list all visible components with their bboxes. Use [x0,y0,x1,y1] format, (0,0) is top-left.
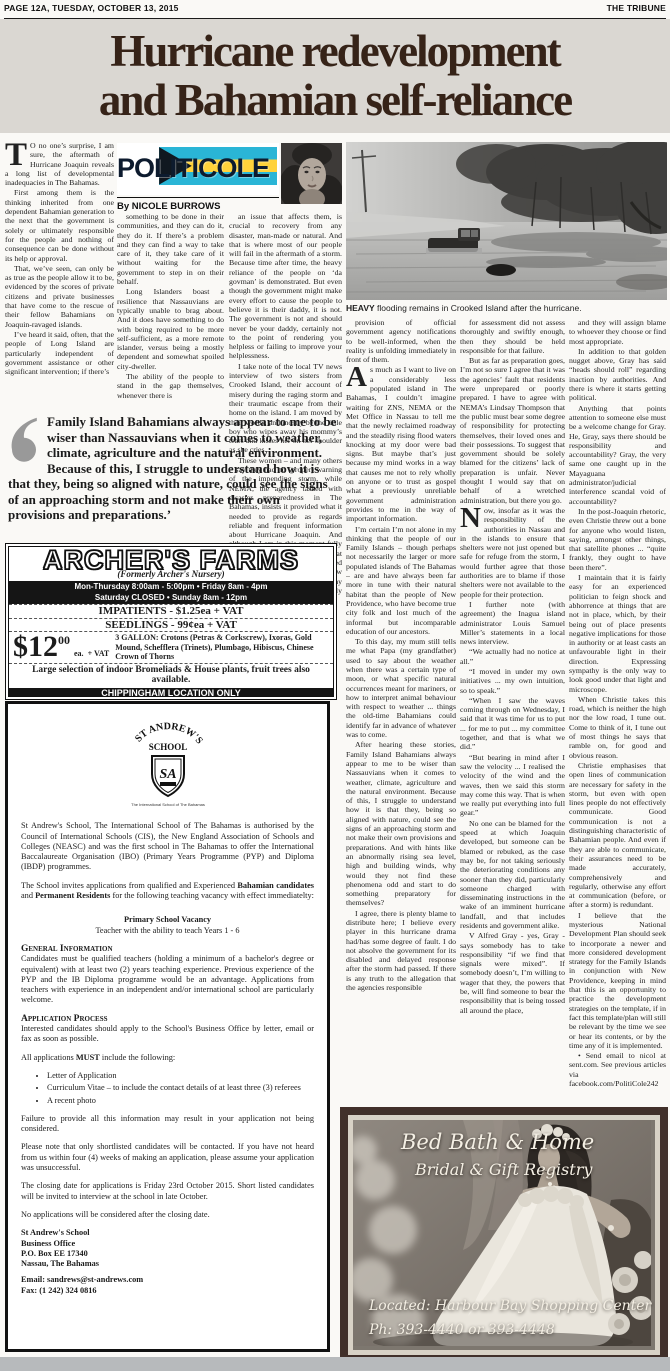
paragraph: St Andrew's School [21,1228,314,1238]
article-column-5: for assessment did not assess thoroughly… [460,318,565,1104]
paragraph: I’m certain I’m not alone in my thinking… [346,525,456,637]
archers-farms-ad: ARCHER'S FARMS (Formerly Archer's Nurser… [5,543,337,700]
list-item: Letter of Application [47,1071,314,1081]
paragraph: I believe that the mysterious National D… [569,911,666,1050]
paragraph: I agree, there is plenty blame to distri… [346,909,456,993]
article-column-6: and they will assign blame to whoever th… [569,318,666,1104]
author-headshot-photo [281,143,342,204]
bridal-ad-photo: Bed Bath & Home Bridal & Gift Registry L… [353,1120,655,1350]
paragraph: No one can be blamed for the speed at wh… [460,819,565,931]
article-column-1: TO no one’s surprise, I am sure, the aft… [5,141,114,411]
crest-subtext: The International School of The Bahamas [131,802,205,807]
article-column-4: provision of official government agency … [346,318,456,1104]
paragraph: Long Islanders boast a resilience that N… [117,287,224,371]
gallon-description: 3 GALLON: Crotons (Petras & Corkscrew), … [109,633,329,662]
hours-line-1: Mon-Thursday 8:00am - 5:00pm • Friday 8a… [9,582,333,593]
school-intro: St Andrew's School, The International Sc… [21,821,314,872]
headline-line-2: and Bahamian self-reliance [0,76,670,125]
price-dollars: $12 [13,630,58,663]
headline-line-1: Hurricane redevelopment [0,27,670,76]
general-information-text: Candidates must be qualified teachers (h… [21,954,314,1005]
paragraph: Nassau, The Bahamas [21,1259,314,1269]
paragraph: P.O. Box EE 17340 [21,1249,314,1259]
ad-phone: Ph: 325-1769/323-5904 [9,699,333,701]
application-process-heading: Application Process [21,1014,314,1024]
ad-hours: Mon-Thursday 8:00am - 5:00pm • Friday 8a… [9,581,333,604]
paragraph: an issue that affects them, is crucial t… [229,212,342,361]
crest-school-text: SCHOOL [148,742,187,752]
application-requirements-list: Letter of ApplicationCurriculum Vitae – … [21,1071,314,1106]
caption-text: flooding remains in Crooked Island after… [375,303,582,313]
paragraph: In addition to that golden nugget above,… [569,347,666,403]
photo-caption: HEAVY flooding remains in Crooked Island… [346,303,667,313]
paragraph: As much as I want to live on a considera… [346,365,456,523]
paragraph: for assessment did not assess thoroughly… [460,318,565,355]
invite-mid: and [21,891,35,900]
list-item: A recent photo [47,1096,314,1106]
paragraph: Anything that points attention to someon… [569,404,666,506]
publication-name: THE TRIBUNE [607,3,666,18]
closing-date-note: The closing date for applications is Fri… [21,1181,314,1202]
paragraph: Christie emphasises that open lines of c… [569,761,666,910]
author-portrait-graphic [281,143,342,204]
paragraph: I maintain that it is fairly easy for an… [569,573,666,694]
article-headline: Hurricane redevelopment and Bahamian sel… [0,19,670,133]
ad-title-line-1: Bed Bath & Home [401,1130,594,1154]
paragraph: “When I saw the waves coming through on … [460,696,565,752]
general-information-heading: General Information [21,944,314,954]
failure-note: Failure to provide all this information … [21,1114,314,1135]
column-title: POLITICOLE [117,145,279,191]
ad-selection-text: Large selection of indoor Bromeliads & H… [9,663,333,688]
paragraph: “I moved in under my own initiatives ...… [460,667,565,695]
paragraph: When Christie takes this road, which is … [569,695,666,760]
school-address: St Andrew's SchoolBusiness OfficeP.O. Bo… [21,1228,314,1269]
must-post: include the following: [100,1053,175,1062]
paragraph: “But bearing in mind after I saw the vel… [460,753,565,818]
quote-mark-icon [8,416,40,466]
article-column-2: something to be done in their communitie… [117,212,224,411]
paragraph: That, we’ve seen, can only be as true as… [5,264,114,329]
paragraph: provision of official government agency … [346,318,456,364]
price-each: ea. [74,649,84,658]
paragraph: Now, insofar as it was the responsibilit… [460,506,565,599]
paragraph: After hearing these stories, Family Isla… [346,740,456,907]
page-date: PAGE 12A, TUESDAY, OCTOBER 13, 2015 [4,3,179,18]
application-process-text: Interested candidates should apply to th… [21,1024,314,1045]
paragraph: something to be done in their communitie… [117,212,224,286]
school-contact: Email: sandrews@st-andrews.comFax: (1 24… [21,1275,314,1296]
paragraph: and they will assign blame to whoever th… [569,318,666,346]
must-include-line: All applications MUST include the follow… [21,1053,314,1063]
pull-quote-text: Family Island Bahamians always appear to… [8,414,336,522]
paragraph: • Send email to nicol at sent.com. See p… [569,1051,666,1088]
must-bold: MUST [76,1053,100,1062]
ad-phone: Ph: 393-4440 or 393-4448 [369,1322,555,1338]
price-vat: + VAT [88,649,110,658]
caption-lead: HEAVY [346,303,375,313]
ad-item-seedlings: SEEDLINGS - 99¢ea + VAT [9,618,333,632]
paragraph: To this day, my mum still tells me what … [346,637,456,739]
school-crest: ST ANDREW'S SCHOOL SA The International … [21,710,314,815]
school-invite: The School invites applications from qua… [21,881,314,902]
crest-monogram: SA [159,767,176,782]
price-cents: 00 [58,633,70,647]
invite-bold-1: Bahamian candidates [237,881,314,890]
byline: By NICOLE BURROWS [117,197,279,212]
pull-quote: Family Island Bahamians always appear to… [8,414,338,541]
flood-scene-graphic [346,142,667,300]
invite-post: for the following teaching vacancy with … [110,891,314,900]
ad-item-impatients: IMPATIENTS - $1.25ea + VAT [9,604,333,618]
school-crest-graphic: ST ANDREW'S SCHOOL SA The International … [120,710,216,812]
paragraph: “We actually had no notice at all.” [460,647,565,666]
page-header: PAGE 12A, TUESDAY, OCTOBER 13, 2015 THE … [4,3,666,20]
must-pre: All applications [21,1053,76,1062]
hours-line-2: Saturday CLOSED • Sunday 8am - 12pm [9,593,333,604]
vacancy-title: Primary School Vacancy [21,915,314,925]
paragraph: In the post-Joaquin rhetoric, even Chris… [569,507,666,572]
no-late-applications-note: No applications will be considered after… [21,1210,314,1220]
paragraph: I’ve heard it said, often, that the peop… [5,330,114,376]
school-email: Email: sandrews@st-andrews.com [21,1275,143,1284]
price: $1200 ea. + VAT [13,633,109,661]
bed-bath-home-ad: Bed Bath & Home Bridal & Gift Registry L… [340,1107,668,1363]
paragraph: The ability of the people to stand in th… [117,372,224,400]
st-andrews-school-ad: ST ANDREW'S SCHOOL SA The International … [5,701,330,1352]
newspaper-page: PAGE 12A, TUESDAY, OCTOBER 13, 2015 THE … [0,0,670,1371]
flood-photo [346,142,667,300]
invite-bold-2: Permanent Residents [35,891,110,900]
paragraph: But as far as preparation goes, I’m not … [460,356,565,505]
ad-location: Located: Harbour Bay Shopping Center [369,1298,651,1314]
page-bottom-bar [0,1357,670,1371]
ad-location-bar: CHIPPINGHAM LOCATION ONLY [9,688,333,699]
vacancy-subtitle: Teacher with the ability to teach Years … [21,926,314,936]
paragraph: First among them is the thinking inherit… [5,188,114,262]
paragraph: TO no one’s surprise, I am sure, the aft… [5,141,114,187]
ad-price-row: $1200 ea. + VAT 3 GALLON: Crotons (Petra… [9,631,333,663]
shortlist-note: Please note that only shortlisted candid… [21,1142,314,1173]
list-item: Curriculum Vitae – to include the contac… [47,1083,314,1093]
invite-pre: The School invites applications from qua… [21,881,237,890]
school-fax: Fax: (1 242) 324 0816 [21,1286,97,1295]
ad-title-line-2: Bridal & Gift Registry [415,1160,592,1179]
paragraph: Business Office [21,1239,314,1249]
paragraph: I further note (with agreement) the Inag… [460,600,565,646]
politicole-masthead: POLITICOLE [117,143,279,195]
paragraph: V Alfred Gray - yes, Gray - says somebod… [460,931,565,1015]
